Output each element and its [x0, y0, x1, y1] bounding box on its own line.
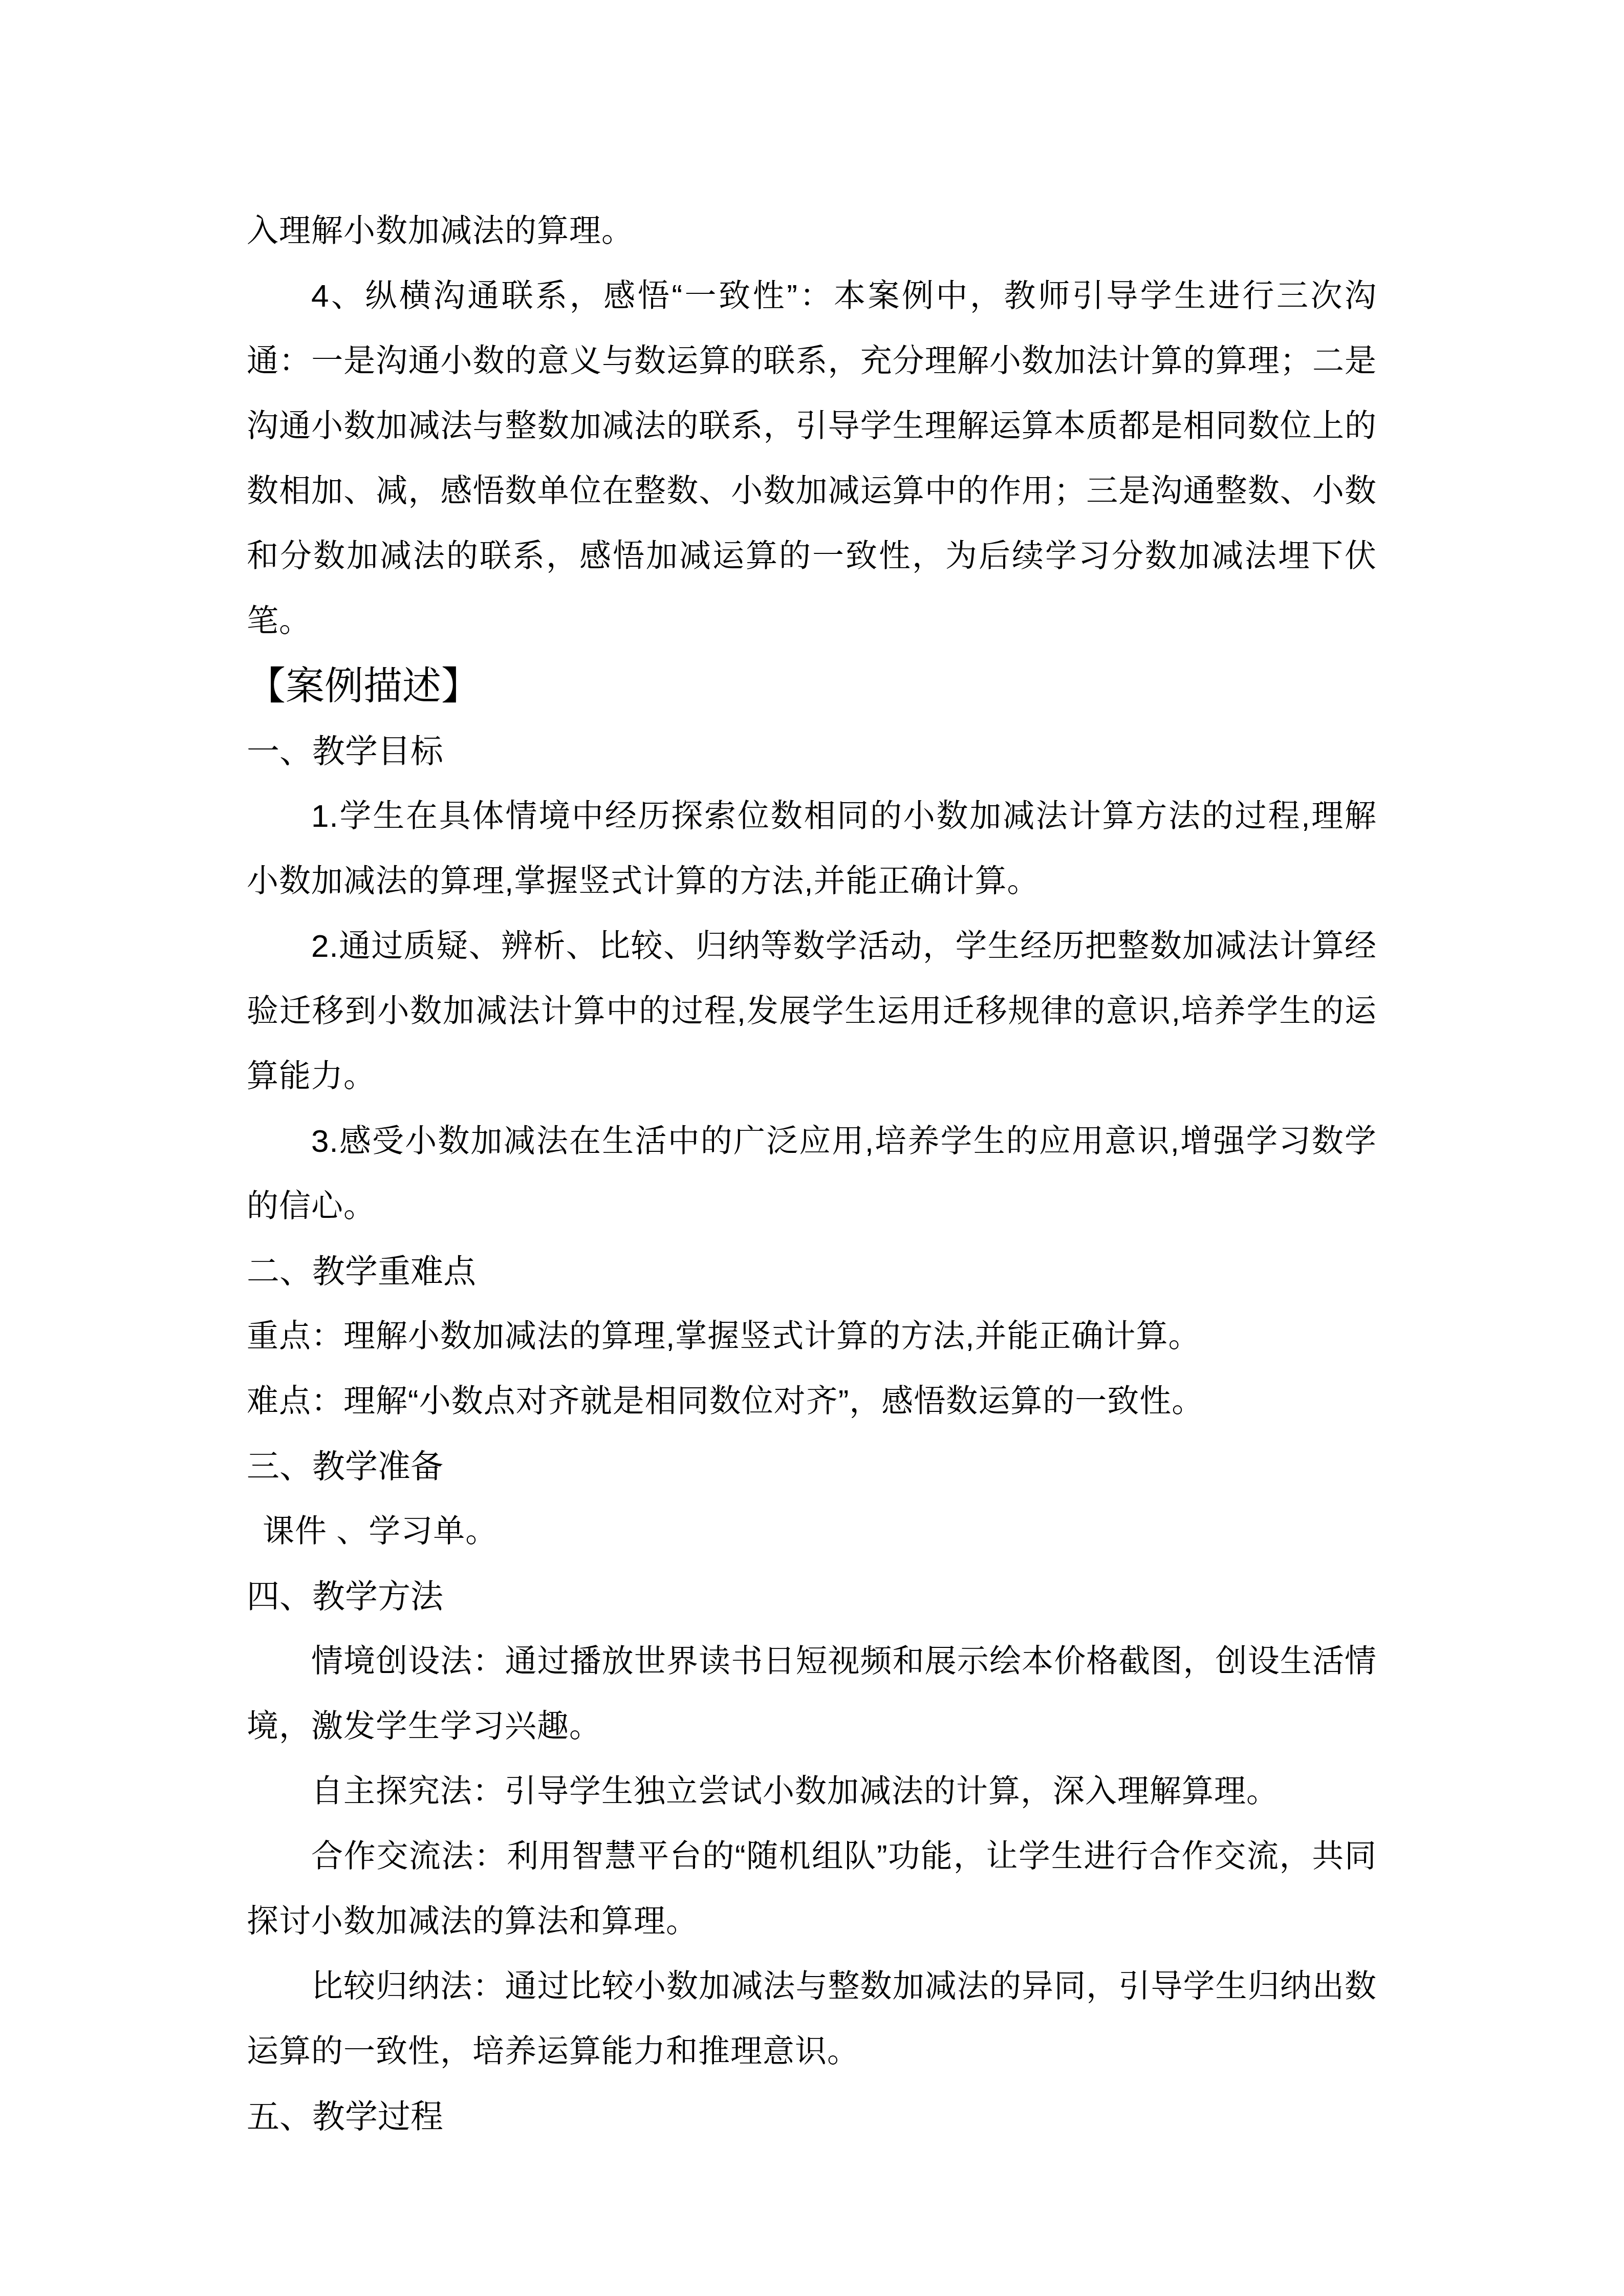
paragraph: 课件 、学习单。: [247, 1499, 1377, 1564]
section-heading: 五、教学过程: [247, 2084, 1377, 2149]
paragraph: 难点：理解“小数点对齐就是相同数位对齐”，感悟数运算的一致性。: [247, 1369, 1377, 1434]
section-heading: 四、教学方法: [247, 1564, 1377, 1629]
section-heading: 【案例描述】: [247, 654, 1377, 719]
paragraph: 3.感受小数加减法在生活中的广泛应用,培养学生的应用意识,增强学习数学的信心。: [247, 1109, 1377, 1239]
paragraph: 2.通过质疑、辨析、比较、归纳等数学活动，学生经历把整数加减法计算经验迁移到小数…: [247, 914, 1377, 1109]
paragraph: 重点：理解小数加减法的算理,掌握竖式计算的方法,并能正确计算。: [247, 1304, 1377, 1369]
paragraph: 4、纵横沟通联系，感悟“一致性”：本案例中，教师引导学生进行三次沟通：一是沟通小…: [247, 264, 1377, 654]
section-heading: 二、教学重难点: [247, 1239, 1377, 1304]
paragraph: 比较归纳法：通过比较小数加减法与整数加减法的异同，引导学生归纳出数运算的一致性，…: [247, 1954, 1377, 2084]
paragraph: 情境创设法：通过播放世界读书日短视频和展示绘本价格截图，创设生活情境，激发学生学…: [247, 1629, 1377, 1759]
paragraph: 1.学生在具体情境中经历探索位数相同的小数加减法计算方法的过程,理解小数加减法的…: [247, 784, 1377, 914]
section-heading: 三、教学准备: [247, 1434, 1377, 1499]
paragraph: 入理解小数加减法的算理。: [247, 199, 1377, 264]
paragraph: 合作交流法：利用智慧平台的“随机组队”功能，让学生进行合作交流，共同探讨小数加减…: [247, 1824, 1377, 1954]
document-page: { "page": { "background_color": "#ffffff…: [0, 0, 1624, 2296]
document-body: 入理解小数加减法的算理。4、纵横沟通联系，感悟“一致性”：本案例中，教师引导学生…: [247, 199, 1377, 2149]
paragraph: 自主探究法：引导学生独立尝试小数加减法的计算，深入理解算理。: [247, 1759, 1377, 1824]
section-heading: 一、教学目标: [247, 719, 1377, 784]
